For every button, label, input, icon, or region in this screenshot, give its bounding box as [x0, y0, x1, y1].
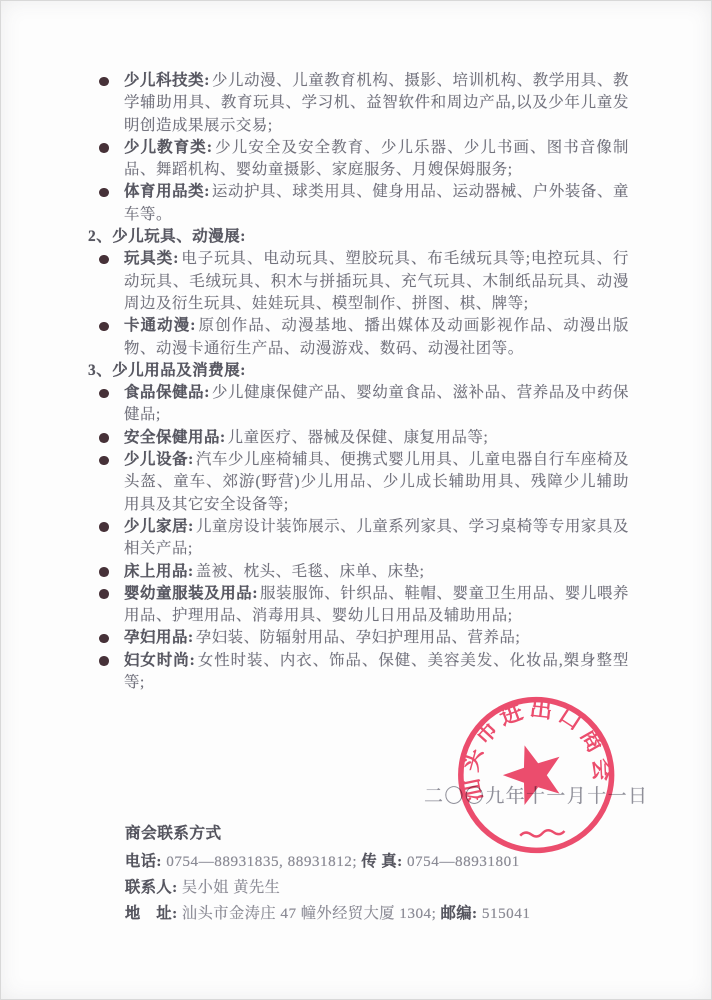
list-item: 少儿设备:汽车少儿座椅辅具、便携式婴儿用具、儿童电器自行车座椅及头盔、童车、郊游… — [88, 449, 629, 516]
bullet-icon — [99, 456, 109, 466]
list-item: 玩具类:电子玩具、电动玩具、塑胶玩具、布毛绒玩具等;电控玩具、行动玩具、毛绒玩具… — [88, 248, 629, 315]
category-text: 儿童房设计装饰展示、儿童系列家具、学习桌椅等专用家具及相关产品; — [124, 518, 629, 557]
bullet-icon — [99, 656, 109, 666]
list-item: 食品保健品:少儿健康保健产品、婴幼童食品、滋补品、营养品及中药保健品; — [88, 382, 629, 427]
category-text: 儿童医疗、器械及保健、康复用品等; — [228, 429, 489, 446]
list-item: 体育用品类:运动护具、球类用具、健身用品、运动器械、户外装备、童车等。 — [88, 181, 629, 226]
category-label: 体育用品类: — [124, 183, 210, 200]
document-page: 少儿科技类:少儿动漫、儿童教育机构、摄影、培训机构、教学用具、教学辅助用具、教育… — [0, 0, 712, 1000]
fax-label: 传 真: — [361, 853, 402, 870]
star-icon — [500, 742, 564, 807]
contact-phone-row: 电话: 0754—88931835, 88931812; 传 真: 0754—8… — [125, 849, 645, 875]
category-text: 盖被、枕头、毛毯、床单、床垫; — [196, 563, 425, 580]
contact-person-value: 吴小姐 黄先生 — [178, 879, 281, 896]
category-list: 少儿科技类:少儿动漫、儿童教育机构、摄影、培训机构、教学用具、教学辅助用具、教育… — [88, 70, 629, 694]
bullet-icon — [99, 522, 109, 532]
postcode-label: 邮编: — [441, 905, 478, 922]
bullet-icon — [99, 433, 109, 443]
category-label: 妇女时尚: — [124, 652, 195, 669]
contact-title: 商会联系方式 — [125, 822, 645, 846]
section-heading: 2、少儿玩具、动漫展: — [88, 226, 629, 248]
category-label: 床上用品: — [124, 563, 194, 580]
list-item: 少儿教育类:少儿安全及安全教育、少儿乐器、少儿书画、图书音像制品、舞蹈机构、婴幼… — [88, 137, 629, 182]
address-label: 地 址: — [125, 905, 178, 922]
bullet-icon — [99, 634, 109, 644]
bullet-icon — [99, 322, 109, 332]
bullet-icon — [99, 567, 109, 577]
category-text: 电子玩具、电动玩具、塑胶玩具、布毛绒玩具等;电控玩具、行动玩具、毛绒玩具、积木与… — [124, 250, 629, 312]
list-item: 少儿家居:儿童房设计装饰展示、儿童系列家具、学习桌椅等专用家具及相关产品; — [88, 516, 629, 561]
category-text: 孕妇装、防辐射用品、孕妇护理用品、营养品; — [196, 629, 521, 646]
section-heading: 3、少儿用品及消费展: — [88, 360, 629, 382]
category-text: 原创作品、动漫基地、播出媒体及动画影视作品、动漫出版物、动漫卡通衍生产品、动漫游… — [124, 317, 629, 356]
category-label: 少儿家居: — [124, 518, 194, 535]
list-item: 婴幼童服装及用品:服装服饰、针织品、鞋帽、婴童卫生用品、婴儿喂养用品、护理用品、… — [88, 583, 629, 628]
list-item: 安全保健用品:儿童医疗、器械及保健、康复用品等; — [88, 427, 629, 449]
contact-section: 商会联系方式 电话: 0754—88931835, 88931812; 传 真:… — [125, 822, 645, 927]
postcode-value: 515041 — [478, 905, 531, 922]
category-label: 玩具类: — [124, 250, 179, 267]
category-label: 安全保健用品: — [124, 429, 226, 446]
category-label: 食品保健品: — [124, 384, 210, 401]
category-label: 少儿科技类: — [124, 72, 210, 89]
contact-address-row: 地 址: 汕头市金涛庄 47 幢外经贸大厦 1304; 邮编: 515041 — [125, 901, 645, 927]
category-label: 少儿设备: — [124, 451, 194, 468]
bullet-icon — [99, 77, 109, 87]
address-value: 汕头市金涛庄 47 幢外经贸大厦 1304; — [178, 905, 441, 922]
list-item: 少儿科技类:少儿动漫、儿童教育机构、摄影、培训机构、教学用具、教学辅助用具、教育… — [88, 70, 629, 137]
category-text: 汽车少儿座椅辅具、便携式婴儿用具、儿童电器自行车座椅及头盔、童车、郊游(野营)少… — [124, 451, 629, 513]
bullet-icon — [99, 389, 109, 399]
contact-person-row: 联系人: 吴小姐 黄先生 — [125, 875, 645, 901]
bullet-icon — [99, 143, 109, 153]
fax-value: 0754—88931801 — [403, 853, 520, 870]
category-label: 婴幼童服装及用品: — [124, 585, 258, 602]
list-item: 卡通动漫:原创作品、动漫基地、播出媒体及动画影视作品、动漫出版物、动漫卡通衍生产… — [88, 315, 629, 360]
bullet-icon — [99, 188, 109, 198]
category-label: 卡通动漫: — [124, 317, 196, 334]
list-item: 床上用品:盖被、枕头、毛毯、床单、床垫; — [88, 561, 629, 583]
bullet-icon — [99, 589, 109, 599]
phone-value: 0754—88931835, 88931812; — [162, 853, 361, 870]
category-label: 孕妇用品: — [124, 629, 194, 646]
phone-label: 电话: — [125, 853, 162, 870]
bullet-icon — [99, 255, 109, 265]
contact-person-label: 联系人: — [125, 879, 178, 896]
list-item: 孕妇用品:孕妇装、防辐射用品、孕妇护理用品、营养品; — [88, 627, 629, 649]
category-label: 少儿教育类: — [124, 139, 213, 156]
